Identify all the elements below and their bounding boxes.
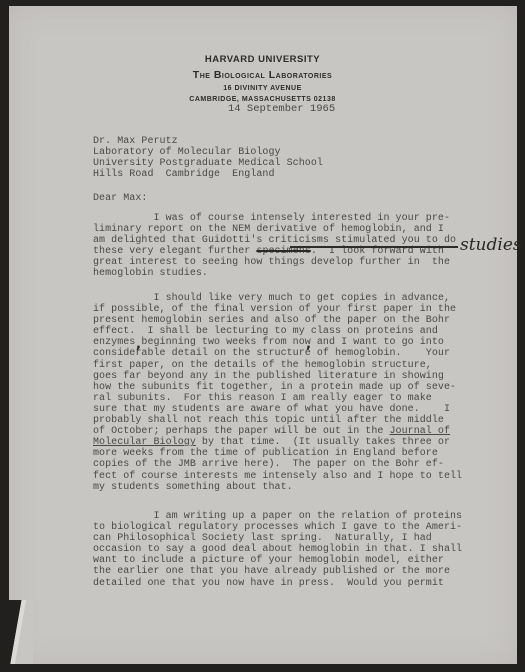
text-line: detailed one that you now have in press.… — [93, 578, 444, 589]
text-line: considerable detail on the structure of … — [93, 348, 450, 359]
letterhead-street: 16 DIVINITY AVENUE — [0, 85, 525, 92]
address-line: University Postgraduate Medical School — [93, 158, 323, 169]
text-line: ral subunits. For this reason I am reall… — [93, 393, 432, 404]
inserted-comma-mark: , — [306, 337, 311, 352]
text-line: the earlier one that you have already pu… — [93, 566, 450, 577]
text-line: probably shall not reach this topic unti… — [93, 415, 444, 426]
journal-title: Molecular Biology — [93, 437, 196, 448]
text-line: of October; perhaps the paper will be ou… — [93, 426, 390, 437]
struck-word: specimens — [256, 246, 310, 257]
text-line: want to include a picture of your hemogl… — [93, 555, 444, 566]
handwritten-correction: studies — [460, 235, 522, 255]
text-line: great interest to seeing how things deve… — [93, 257, 450, 268]
letterhead-department: The Biological Laboratories — [0, 69, 525, 81]
text-line: if possible, of the final version of you… — [93, 304, 456, 315]
text-line: I am writing up a paper on the relation … — [93, 511, 462, 522]
text-line: goes far beyond any in the published lit… — [93, 371, 444, 382]
address-line: Hills Road Cambridge England — [93, 169, 275, 180]
text-line: copies of the JMB arrive here). The pape… — [93, 459, 444, 470]
text-line: liminary report on the NEM derivative of… — [93, 224, 444, 235]
inserted-comma-mark: , — [136, 337, 141, 352]
address-line: Laboratory of Molecular Biology — [93, 147, 281, 158]
text-line: how the subunits fit together, in a prot… — [93, 382, 456, 393]
text-line: I should like very much to get copies in… — [93, 293, 450, 304]
text-line: more weeks from the time of publication … — [93, 448, 438, 459]
salutation: Dear Max: — [93, 193, 147, 204]
text-line: I was of course intensely interested in … — [93, 213, 450, 224]
text-line: by that time. (It usually takes three or — [196, 437, 450, 448]
text-line: effect. I shall be lecturing to my class… — [93, 326, 438, 337]
text-line: present hemoglobin series and also of th… — [93, 315, 450, 326]
text-line: sure that my students are aware of what … — [93, 404, 450, 415]
text-line: hemoglobin studies. — [93, 268, 208, 279]
text-line: to biological regulatory processes which… — [93, 522, 462, 533]
letter-date: 14 September 1965 — [228, 103, 335, 115]
text-line: these very elegant further — [93, 246, 256, 257]
address-line: Dr. Max Perutz — [93, 136, 178, 147]
text-line: occasion to say a good deal about hemogl… — [93, 544, 462, 555]
text-line: enzymes beginning two weeks from now and… — [93, 337, 444, 348]
text-line: first paper, on the details of the hemog… — [93, 360, 432, 371]
text-line: am delighted that Guidotti's criticisms … — [93, 235, 456, 246]
paragraph-2: I should like very much to get copies in… — [93, 293, 462, 493]
handwritten-underline — [290, 246, 458, 248]
folded-corner — [9, 600, 33, 664]
letterhead-institution: HARVARD UNIVERSITY — [0, 54, 525, 65]
letterhead-city: CAMBRIDGE, MASSACHUSETTS 02138 — [0, 96, 525, 103]
text-line: can Philosophical Society last spring. N… — [93, 533, 432, 544]
text-line: my students something about that. — [93, 482, 293, 493]
text-line: . I look forward with — [311, 246, 444, 257]
text-line: fect of course interests me intensely al… — [93, 471, 462, 482]
paragraph-3: I am writing up a paper on the relation … — [93, 511, 462, 589]
recipient-address: Dr. Max Perutz Laboratory of Molecular B… — [93, 136, 323, 180]
journal-title: Journal of — [390, 426, 451, 437]
